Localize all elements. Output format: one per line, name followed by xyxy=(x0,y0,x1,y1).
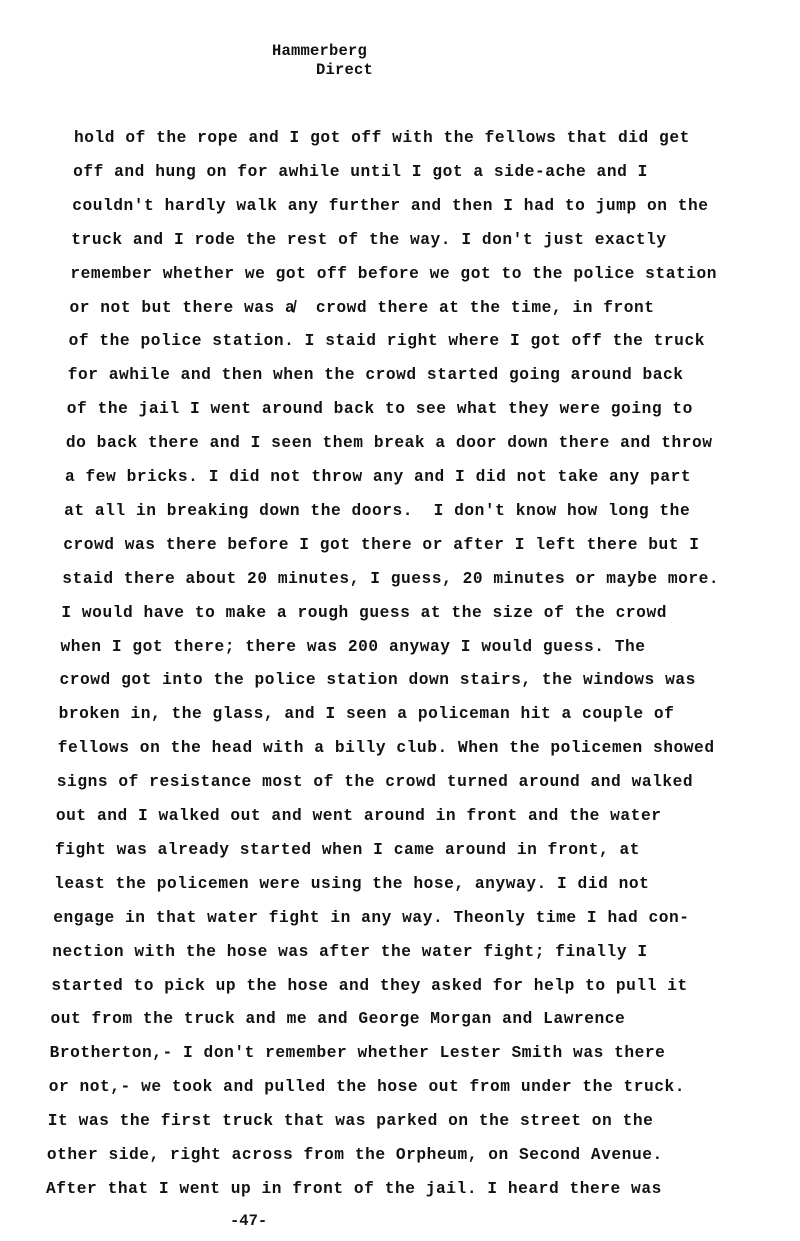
text-line: out and I walked out and went around in … xyxy=(56,806,662,826)
text-line: other side, right across from the Orpheu… xyxy=(47,1145,663,1165)
text-line: of the police station. I staid right whe… xyxy=(69,331,705,351)
text-line: a few bricks. I did not throw any and I … xyxy=(65,467,691,487)
text-line: broken in, the glass, and I seen a polic… xyxy=(59,704,675,724)
text-line: started to pick up the hose and they ask… xyxy=(51,976,687,996)
text-line: of the jail I went around back to see wh… xyxy=(67,399,693,419)
examination-type: Direct xyxy=(272,61,373,80)
text-line: off and hung on for awhile until I got a… xyxy=(73,162,648,182)
text-line: truck and I rode the rest of the way. I … xyxy=(71,230,666,250)
text-line: when I got there; there was 200 anyway I… xyxy=(61,637,646,657)
text-line: do back there and I seen them break a do… xyxy=(66,433,713,453)
text-line: signs of resistance most of the crowd tu… xyxy=(57,772,693,792)
page-header: Hammerberg Direct xyxy=(272,42,373,80)
text-line: nection with the hose was after the wate… xyxy=(52,942,647,962)
text-line: engage in that water fight in any way. T… xyxy=(53,908,689,928)
text-line: I would have to make a rough guess at th… xyxy=(61,603,667,623)
text-line: remember whether we got off before we go… xyxy=(70,264,717,284)
text-line: at all in breaking down the doors. I don… xyxy=(64,501,690,521)
text-line: staid there about 20 minutes, I guess, 2… xyxy=(62,569,719,589)
text-line: hold of the rope and I got off with the … xyxy=(74,128,690,148)
page-number: -47- xyxy=(230,1212,267,1230)
text-line: After that I went up in front of the jai… xyxy=(46,1179,662,1199)
text-line: for awhile and then when the crowd start… xyxy=(68,365,684,385)
text-line: Brotherton,- I don't remember whether Le… xyxy=(50,1043,666,1063)
text-line: least the policemen were using the hose,… xyxy=(54,874,649,894)
text-line: fight was already started when I came ar… xyxy=(55,840,640,860)
transcript-page: Hammerberg Direct hold of the rope and I… xyxy=(0,0,800,1241)
text-line: or not but there was a̸ crowd there at t… xyxy=(70,298,655,318)
text-line: fellows on the head with a billy club. W… xyxy=(58,738,715,758)
text-line: crowd got into the police station down s… xyxy=(60,670,696,690)
text-line: or not,- we took and pulled the hose out… xyxy=(49,1077,685,1097)
text-line: couldn't hardly walk any further and the… xyxy=(72,196,708,216)
text-line: crowd was there before I got there or af… xyxy=(63,535,699,555)
witness-name: Hammerberg xyxy=(272,42,373,61)
text-line: out from the truck and me and George Mor… xyxy=(51,1009,626,1029)
text-line: It was the first truck that was parked o… xyxy=(48,1111,654,1131)
